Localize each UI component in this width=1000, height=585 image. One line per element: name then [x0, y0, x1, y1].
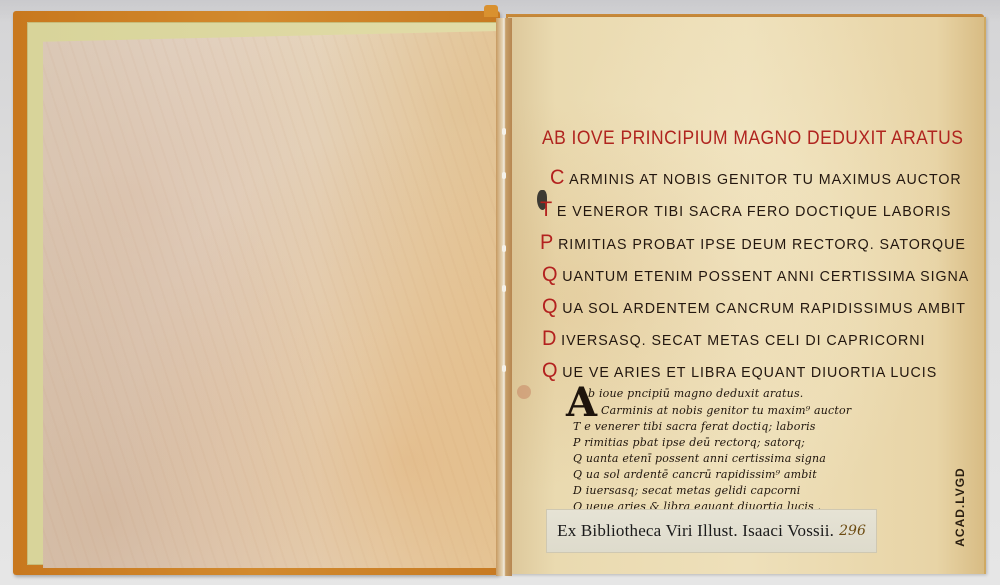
gloss-line: P rimitias pbat ipse deū rectorq; satorq…: [573, 436, 805, 449]
stitch: [502, 128, 506, 135]
red-initial: P: [540, 231, 554, 254]
gloss-line: Carminis at nobis genitor tu maxim⁹ auct…: [601, 404, 851, 417]
gloss-line: b ioue pncipiū magno deduxit aratus.: [588, 387, 804, 400]
red-initial: Q: [542, 263, 558, 286]
red-initial: C: [550, 166, 565, 189]
gloss-line: D iuersasq; secat metas gelidi capcorni: [573, 484, 800, 497]
book-gutter: [496, 18, 512, 576]
verse-text: UE VE ARIES ET LIBRA EQUANT DIUORTIA LUC…: [562, 364, 937, 381]
rubric-title: AB IOVE PRINCIPIUM MAGNO DEDUXIT ARATUS: [542, 128, 963, 150]
stitch: [502, 285, 506, 292]
verse-line: PRIMITIAS PROBAT IPSE DEUM RECTORQ. SATO…: [540, 231, 966, 255]
verse-line: DIVERSASQ. SECAT METAS CELI DI CAPRICORN…: [542, 327, 925, 351]
red-initial: Q: [542, 359, 558, 382]
red-initial: T: [540, 198, 553, 221]
blank-flyleaf-page: [43, 31, 499, 568]
library-stamp: ACAD.LVGD: [953, 467, 967, 547]
shelfmark-number: 296: [839, 523, 866, 539]
verse-line: TE VENEROR TIBI SACRA FERO DOCTIQUE LABO…: [540, 198, 951, 222]
stitch: [502, 172, 506, 179]
gloss-line: Q ua sol ardentē cancrū rapidissim⁹ ambi…: [573, 468, 817, 481]
verse-text: RIMITIAS PROBAT IPSE DEUM RECTORQ. SATOR…: [558, 236, 966, 253]
gloss-line: T e venerer tibi sacra ferat doctiq; lab…: [573, 420, 816, 433]
stitch: [502, 365, 506, 372]
verse-line: QUE VE ARIES ET LIBRA EQUANT DIUORTIA LU…: [542, 359, 937, 383]
verse-line: CARMINIS AT NOBIS GENITOR TU MAXIMUS AUC…: [550, 166, 962, 190]
bookplate-text: Ex Bibliotheca Viri Illust. Isaaci Vossi…: [557, 521, 834, 541]
cover-corner: [484, 5, 498, 17]
verse-text: UANTUM ETENIM POSSENT ANNI CERTISSIMA SI…: [562, 268, 969, 285]
verse-text: ARMINIS AT NOBIS GENITOR TU MAXIMUS AUCT…: [569, 171, 962, 188]
verse-line: QUA SOL ARDENTEM CANCRUM RAPIDISSIMUS AM…: [542, 295, 966, 319]
verse-text: UA SOL ARDENTEM CANCRUM RAPIDISSIMUS AMB…: [562, 300, 966, 317]
stitch: [502, 245, 506, 252]
verse-text: E VENEROR TIBI SACRA FERO DOCTIQUE LABOR…: [557, 203, 951, 220]
verse-line: QUANTUM ETENIM POSSENT ANNI CERTISSIMA S…: [542, 263, 969, 287]
gloss-line: Q uanta etenī possent anni certissima si…: [573, 452, 826, 465]
red-initial: D: [542, 327, 557, 350]
red-initial: Q: [542, 295, 558, 318]
stain: [517, 385, 531, 399]
bookplate-label: Ex Bibliotheca Viri Illust. Isaaci Vossi…: [546, 509, 877, 553]
verse-text: IVERSASQ. SECAT METAS CELI DI CAPRICORNI: [561, 332, 925, 349]
